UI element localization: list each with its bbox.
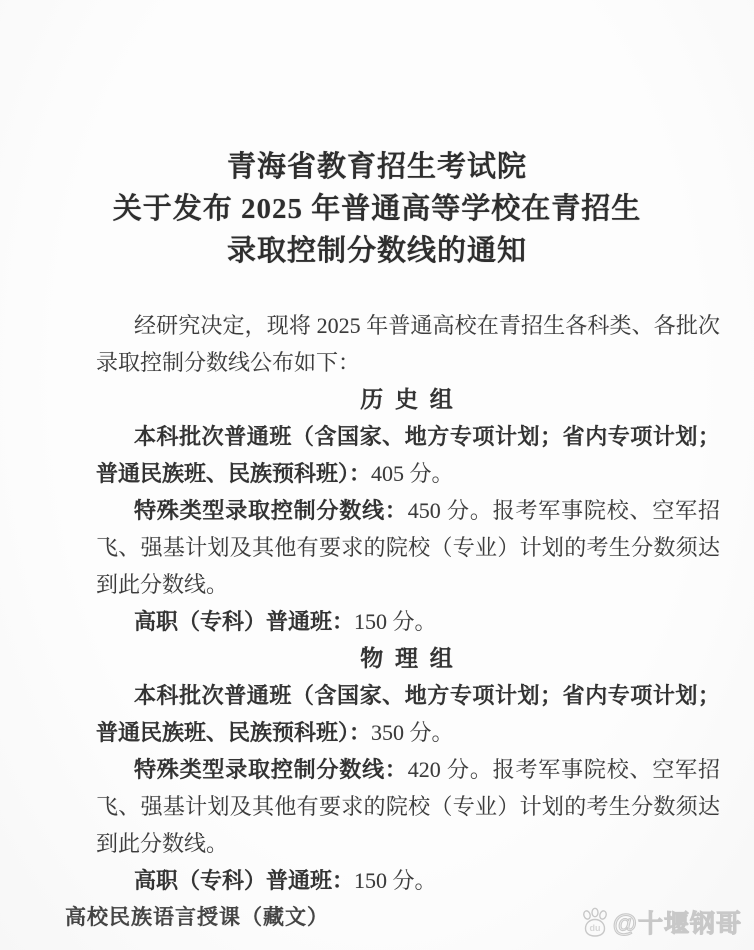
- title-line-2: 关于发布 2025 年普通高等学校在青招生: [0, 188, 754, 230]
- intro-paragraph: 经研究决定，现将 2025 年普通高校在青招生各科类、各批次录取控制分数线公布如…: [96, 307, 720, 381]
- physics-vocational-paragraph: 高职（专科）普通班：150 分。: [96, 862, 720, 899]
- history-vocational-score: 150 分。: [354, 609, 437, 634]
- physics-vocational-label: 高职（专科）普通班：: [134, 868, 354, 893]
- title-line-1: 青海省教育招生考试院: [0, 146, 754, 188]
- section-heading-physics: 物 理 组: [96, 640, 720, 677]
- history-vocational-paragraph: 高职（专科）普通班：150 分。: [96, 603, 720, 640]
- physics-special-label: 特殊类型录取控制分数线：: [134, 757, 408, 782]
- title-line-3: 录取控制分数线的通知: [0, 230, 754, 272]
- physics-vocational-score: 150 分。: [354, 868, 437, 893]
- history-undergrad-paragraph: 本科批次普通班（含国家、地方专项计划；省内专项计划；普通民族班、民族预科班）：4…: [96, 418, 720, 492]
- history-vocational-label: 高职（专科）普通班：: [134, 609, 354, 634]
- history-undergrad-score: 405 分。: [371, 461, 454, 486]
- document-page: 青海省教育招生考试院 关于发布 2025 年普通高等学校在青招生 录取控制分数线…: [0, 0, 754, 950]
- document-body: 经研究决定，现将 2025 年普通高校在青招生各科类、各批次录取控制分数线公布如…: [96, 307, 720, 936]
- physics-undergrad-paragraph: 本科批次普通班（含国家、地方专项计划；省内专项计划；普通民族班、民族预科班）：3…: [96, 677, 720, 751]
- section-heading-history: 历 史 组: [96, 381, 720, 418]
- physics-undergrad-score: 350 分。: [371, 720, 454, 745]
- history-special-label: 特殊类型录取控制分数线：: [134, 498, 408, 523]
- footer-heading-tibetan: 高校民族语言授课（藏文）: [65, 899, 689, 936]
- physics-special-paragraph: 特殊类型录取控制分数线：420 分。报考军事院校、空军招飞、强基计划及其他有要求…: [96, 751, 720, 862]
- document-title: 青海省教育招生考试院 关于发布 2025 年普通高等学校在青招生 录取控制分数线…: [0, 146, 754, 272]
- history-special-paragraph: 特殊类型录取控制分数线：450 分。报考军事院校、空军招飞、强基计划及其他有要求…: [96, 492, 720, 603]
